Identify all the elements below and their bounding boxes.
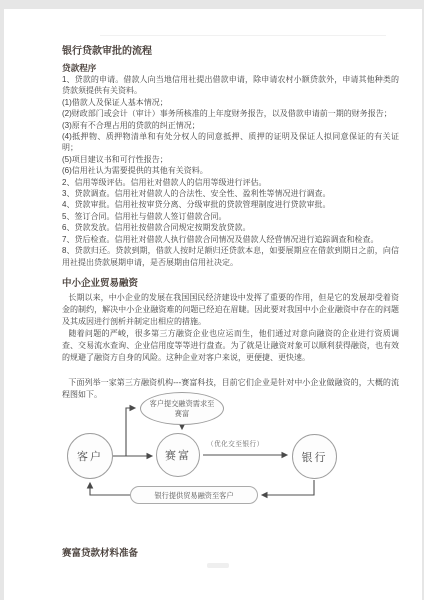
list-item: 3、贷款调查。信用社对借款人的合法性、安全性、盈利性等情况进行调查。 bbox=[62, 188, 399, 199]
arrow-branch-to-request bbox=[126, 408, 135, 456]
arrow-financing-to-customer bbox=[90, 483, 130, 495]
flow-edge-label: （优化交至银行） bbox=[207, 438, 264, 448]
flow-node-saifu: 赛富 bbox=[156, 433, 200, 477]
list-item: 1、贷款的申请。借款人向当地信用社提出借款申请，除申请农村小额贷款外，申请其他种… bbox=[62, 74, 399, 97]
flow-node-bank-financing: 银行提供贸易融资至客户 bbox=[130, 486, 258, 504]
page-title: 银行贷款审批的流程 bbox=[62, 45, 399, 59]
paragraph: 下面列举一家第三方融资机构---赛富科技，目前它们企业是针对中小企业做融资的，大… bbox=[62, 377, 399, 401]
document-page: 银行贷款审批的流程 贷款程序 1、贷款的申请。借款人向当地信用社提出借款申请，除… bbox=[4, 9, 422, 600]
list-item: 6、贷款发放。信用社按借款合同规定按期发放贷款。 bbox=[62, 222, 399, 233]
header-rule bbox=[100, 35, 386, 36]
list-item: (4)抵押物、质押物清单和有处分权人的同意抵押、质押的证明及保证人拟同意保证的有… bbox=[62, 131, 399, 154]
flow-node-bank: 银行 bbox=[292, 434, 337, 479]
list-item: (6)信用社认为需要提供的其他有关资料。 bbox=[62, 165, 399, 176]
paragraph: 随着问题的严峻，很多第三方融资企业也应运而生，他们通过对意向融资的企业进行资质调… bbox=[62, 328, 399, 364]
paragraph: 长期以来，中小企业的发展在我国国民经济建设中发挥了重要的作用，但是它的发展却受着… bbox=[62, 292, 399, 328]
list-item: (3)原有不合理占用的贷款的纠正情况； bbox=[62, 120, 399, 131]
list-item: 4、贷款审批。信用社按审贷分离、分级审批的贷款管理制度进行贷款审批。 bbox=[62, 199, 399, 210]
section1-heading: 贷款程序 bbox=[62, 62, 399, 74]
list-item: 2、信用等级评估。信用社对借款人的信用等级进行评估。 bbox=[62, 177, 399, 188]
section3-heading: 赛富贷款材料准备 bbox=[62, 545, 138, 559]
section2-heading: 中小企业贸易融资 bbox=[62, 277, 399, 290]
footer-mark bbox=[207, 563, 229, 568]
list-item: (5)项目建议书和可行性报告； bbox=[62, 154, 399, 165]
list-item: (1)借款人及保证人基本情况； bbox=[62, 97, 399, 108]
list-item: 5、签订合同。信用社与借款人签订借款合同。 bbox=[62, 211, 399, 222]
document-viewport: { "doc": { "title": "银行贷款审批的流程", "sectio… bbox=[0, 0, 424, 600]
list-item: (2)财政部门或会计（审计）事务所核准的上年度财务报告，以及借款申请前一期的财务… bbox=[62, 108, 399, 119]
list-item: 7、贷后检查。信用社对借款人执行借款合同情况及借款人经营情况进行追踪调查和检查。 bbox=[62, 234, 399, 245]
loan-procedure-list: 1、贷款的申请。借款人向当地信用社提出借款申请，除申请农村小额贷款外，申请其他种… bbox=[62, 74, 399, 268]
flow-node-customer: 客户 bbox=[67, 433, 113, 479]
document-content: 银行贷款审批的流程 贷款程序 1、贷款的申请。借款人向当地信用社提出借款申请，除… bbox=[62, 45, 399, 401]
list-item: 8、贷款归还。贷款到期，借款人按时足额归还贷款本息，如要展期应在借款到期日之前，… bbox=[62, 245, 399, 268]
arrow-bank-to-financing bbox=[262, 480, 314, 495]
